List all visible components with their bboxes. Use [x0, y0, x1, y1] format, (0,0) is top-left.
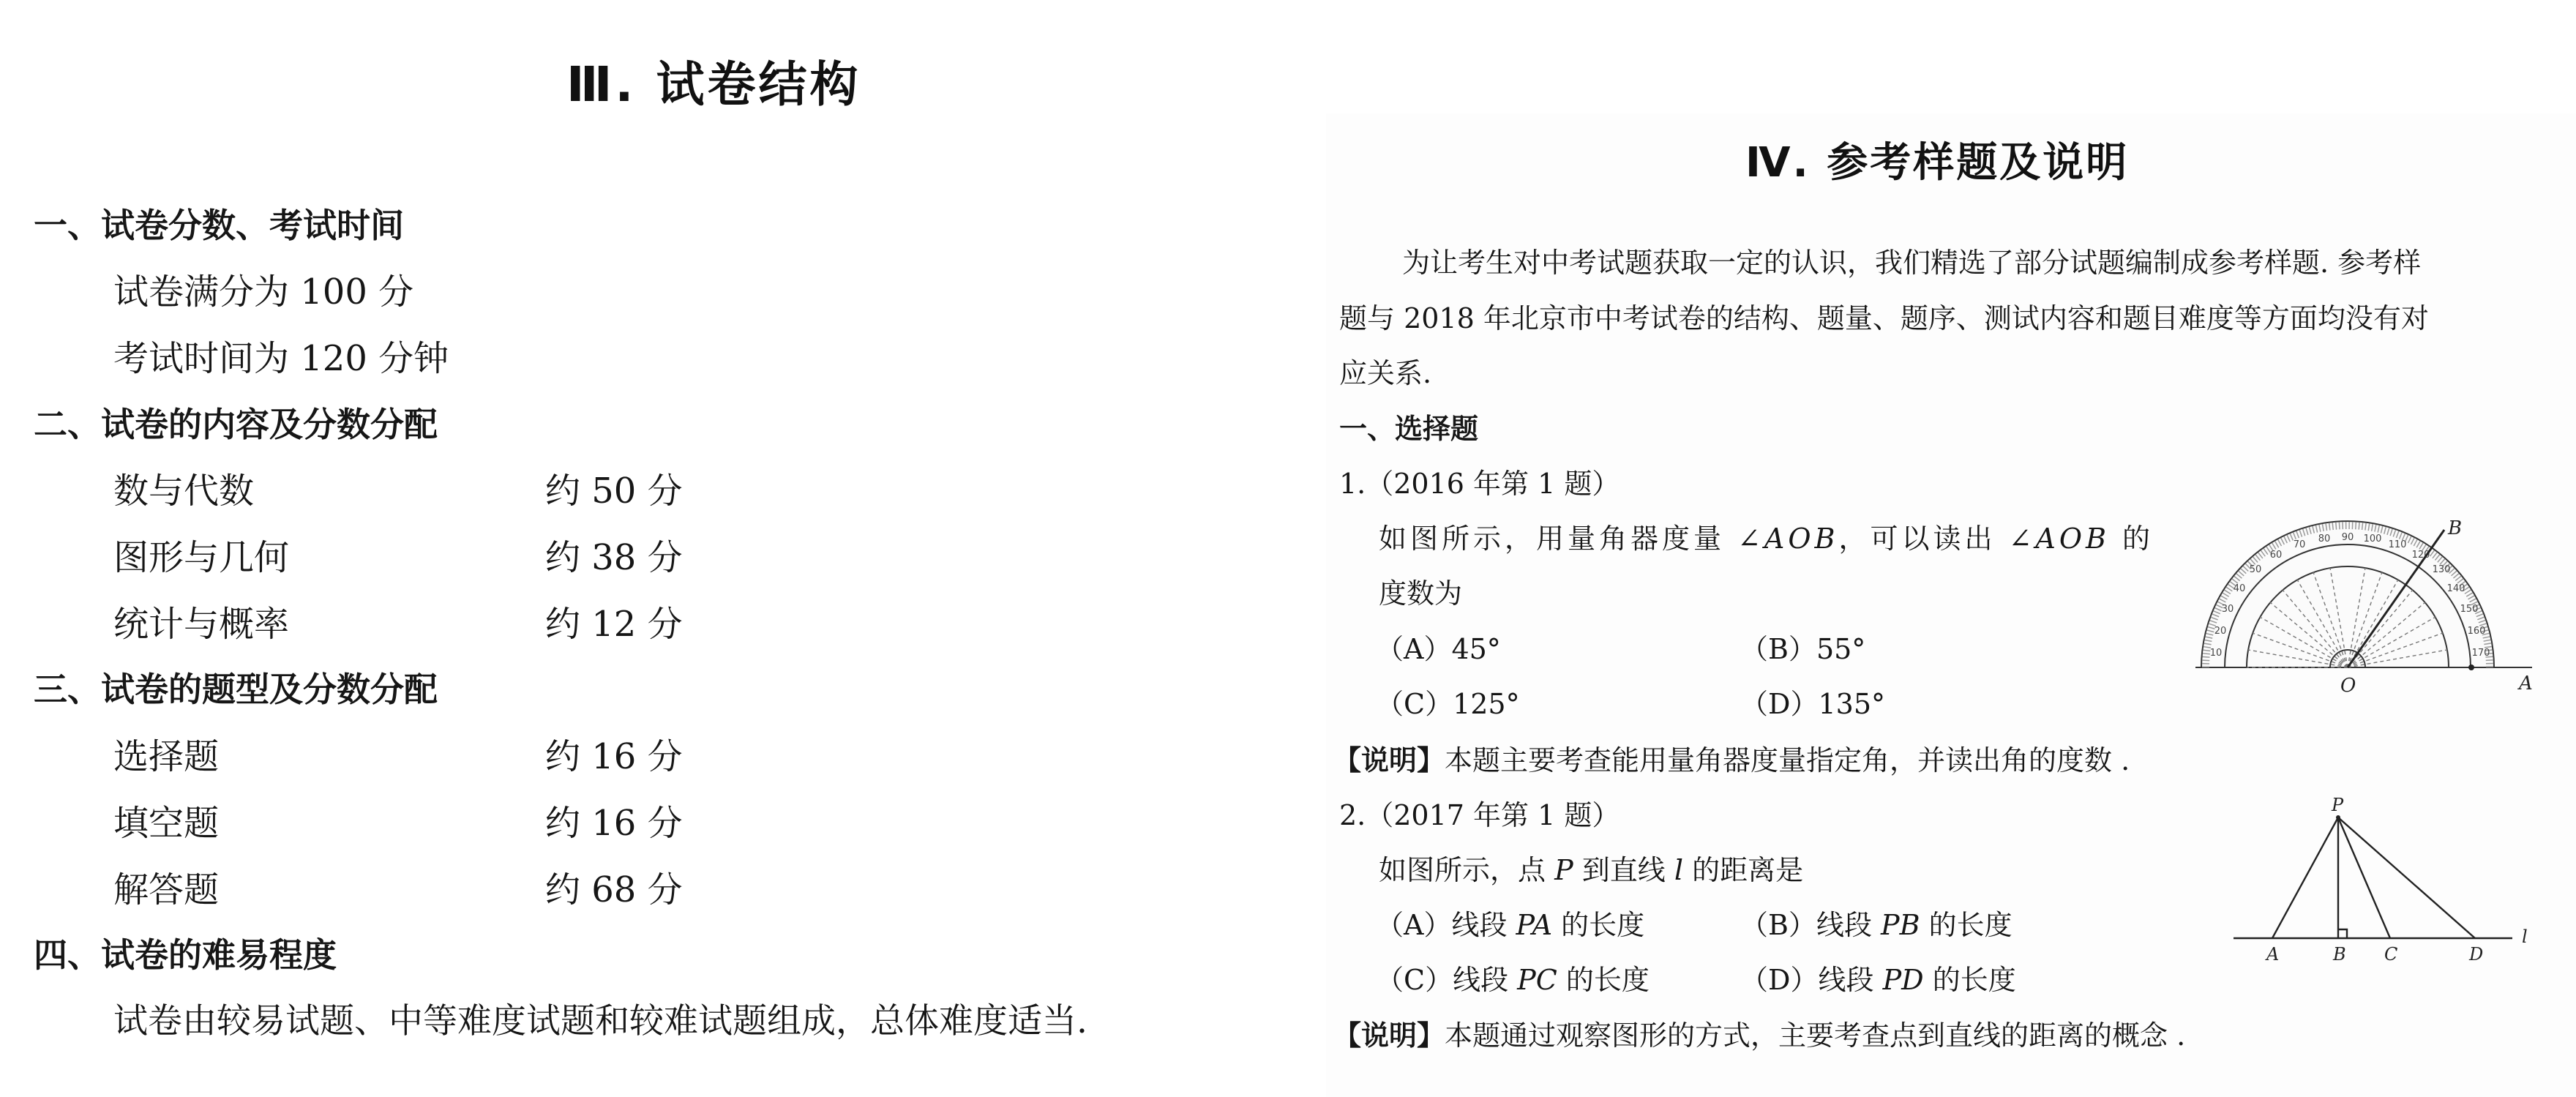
content-score: 约 12 分	[545, 596, 683, 646]
question-2-option-d[interactable]: （D）线段 PD 的长度	[1740, 957, 2016, 997]
left-page-title: Ⅲ. 试卷结构	[566, 45, 861, 115]
label-p: P	[2331, 798, 2344, 815]
protractor-figure: 90 80 100 70 110 60 120 50 130 40 140 30…	[2188, 505, 2539, 695]
question-type-item: 填空题	[113, 795, 219, 845]
svg-text:60: 60	[2270, 550, 2283, 561]
section-heading-4: 四、试卷的难易程度	[34, 929, 337, 977]
svg-text:130: 130	[2433, 564, 2451, 575]
question-type-score: 约 16 分	[545, 795, 683, 845]
label-c: C	[2384, 944, 2397, 965]
note-label: 【说明】	[1333, 1019, 1445, 1052]
label-b: B	[2332, 944, 2346, 965]
angle-aob: ∠AOB	[1737, 523, 1838, 555]
svg-text:100: 100	[2364, 533, 2382, 544]
question-2-option-c[interactable]: （C）线段 PC 的长度	[1376, 957, 1650, 997]
question-1-stem-line-2: 度数为	[1379, 571, 1462, 611]
question-1-number: 1.（2016 年第 1 题）	[1339, 461, 1620, 501]
note-text: 本题主要考查能用量角器度量指定角，并读出角的度数 .	[1445, 744, 2130, 776]
question-1-option-b[interactable]: （B）55°	[1740, 626, 1865, 667]
difficulty-text: 试卷由较易试题、中等难度试题和较难试题组成，总体难度适当.	[113, 994, 1087, 1043]
question-type-item: 选择题	[113, 728, 219, 779]
segment-var: PC	[1517, 964, 1557, 996]
segment-var: PA	[1516, 909, 1553, 941]
content-score: 约 50 分	[545, 463, 683, 513]
section-heading-2: 二、试卷的内容及分数分配	[34, 398, 438, 446]
svg-text:70: 70	[2294, 539, 2306, 550]
content-score: 约 38 分	[545, 529, 683, 580]
question-1-note: 【说明】本题主要考查能用量角器度量指定角，并读出角的度数 .	[1333, 738, 2130, 778]
option-label: （A）	[1376, 909, 1451, 941]
option-text: 线段	[1816, 909, 1881, 941]
option-text: 的长度	[1557, 964, 1650, 996]
section-heading-1: 一、试卷分数、考试时间	[34, 199, 404, 247]
segment-var: PD	[1883, 964, 1924, 996]
question-type-score: 约 68 分	[545, 861, 683, 912]
stem-text: 的	[2110, 523, 2154, 555]
svg-text:40: 40	[2234, 583, 2246, 594]
option-text: 的长度	[1552, 909, 1644, 941]
option-text: 135°	[1818, 688, 1885, 720]
label-b: B	[2447, 517, 2462, 539]
option-text: 55°	[1816, 633, 1865, 665]
note-text: 本题通过观察图形的方式，主要考查点到直线的距离的概念 .	[1445, 1019, 2185, 1052]
stem-text: 如图所示，用量角器度量	[1379, 523, 1737, 555]
section-heading-choice: 一、选择题	[1339, 406, 1478, 446]
angle-aob: ∠AOB	[2009, 523, 2110, 555]
option-text: 线段	[1451, 909, 1516, 941]
question-1-option-a[interactable]: （A）45°	[1376, 626, 1501, 667]
label-line-l: l	[2522, 926, 2528, 947]
option-label: （C）	[1376, 688, 1453, 720]
option-label: （D）	[1740, 964, 1818, 996]
option-label: （A）	[1376, 633, 1451, 665]
question-2-option-b[interactable]: （B）线段 PB 的长度	[1740, 902, 2012, 943]
question-1-option-c[interactable]: （C）125°	[1376, 681, 1520, 722]
point-line-figure: P A B C D l	[2225, 798, 2547, 966]
label-o: O	[2340, 675, 2356, 695]
option-text: 的长度	[1924, 964, 2016, 996]
option-text: 的长度	[1920, 909, 2012, 941]
option-label: （B）	[1740, 633, 1816, 665]
svg-text:110: 110	[2389, 539, 2407, 550]
stem-text: 如图所示，点	[1379, 854, 1554, 886]
svg-text:20: 20	[2214, 626, 2227, 637]
svg-text:160: 160	[2468, 626, 2486, 637]
label-a: A	[2265, 944, 2279, 965]
stem-text: ，可以读出	[1838, 523, 2008, 555]
label-a: A	[2517, 673, 2533, 694]
option-label: （C）	[1376, 964, 1453, 996]
content-item: 统计与概率	[113, 596, 289, 646]
full-score-text: 试卷满分为 100 分	[113, 263, 413, 314]
section-heading-3: 三、试卷的题型及分数分配	[34, 663, 438, 711]
svg-text:90: 90	[2342, 532, 2354, 543]
question-2-stem: 如图所示，点 P 到直线 l 的距离是	[1379, 847, 1803, 888]
point-p: P	[1554, 854, 1573, 886]
svg-text:140: 140	[2447, 583, 2465, 594]
content-item: 图形与几何	[113, 529, 289, 580]
option-text: 45°	[1451, 633, 1500, 665]
stem-text: 到直线	[1573, 854, 1674, 886]
option-label: （B）	[1740, 909, 1816, 941]
option-label: （D）	[1740, 688, 1818, 720]
option-text: 125°	[1453, 688, 1520, 720]
option-text: 线段	[1818, 964, 1882, 996]
svg-text:10: 10	[2210, 648, 2223, 659]
segment-var: PB	[1881, 909, 1920, 941]
question-2-note: 【说明】本题通过观察图形的方式，主要考查点到直线的距离的概念 .	[1333, 1013, 2185, 1053]
svg-text:50: 50	[2250, 564, 2262, 575]
question-1-option-d[interactable]: （D）135°	[1740, 681, 1885, 722]
svg-text:170: 170	[2472, 648, 2490, 659]
right-page-title: Ⅳ. 参考样题及说明	[1745, 130, 2129, 189]
intro-line-1: 为让考生对中考试题获取一定的认识，我们精选了部分试题编制成参考样题. 参考样	[1402, 240, 2421, 280]
svg-text:80: 80	[2318, 533, 2331, 544]
question-2-option-a[interactable]: （A）线段 PA 的长度	[1376, 902, 1644, 943]
intro-line-3: 应关系.	[1339, 351, 1431, 391]
option-text: 线段	[1453, 964, 1517, 996]
stem-text: 的距离是	[1683, 854, 1803, 886]
line-l: l	[1674, 854, 1683, 886]
intro-line-2: 题与 2018 年北京市中考试卷的结构、题量、题序、测试内容和题目难度等方面均没…	[1339, 296, 2429, 336]
question-type-item: 解答题	[113, 861, 219, 912]
svg-text:150: 150	[2460, 604, 2479, 615]
label-d: D	[2468, 944, 2483, 965]
content-item: 数与代数	[113, 463, 254, 513]
question-1-stem-line-1: 如图所示，用量角器度量 ∠AOB，可以读出 ∠AOB 的	[1379, 516, 2154, 556]
question-2-number: 2.（2017 年第 1 题）	[1339, 793, 1620, 833]
svg-text:30: 30	[2222, 604, 2234, 615]
exam-time-text: 考试时间为 120 分钟	[113, 330, 449, 381]
question-type-score: 约 16 分	[545, 728, 683, 779]
note-label: 【说明】	[1333, 744, 1445, 776]
